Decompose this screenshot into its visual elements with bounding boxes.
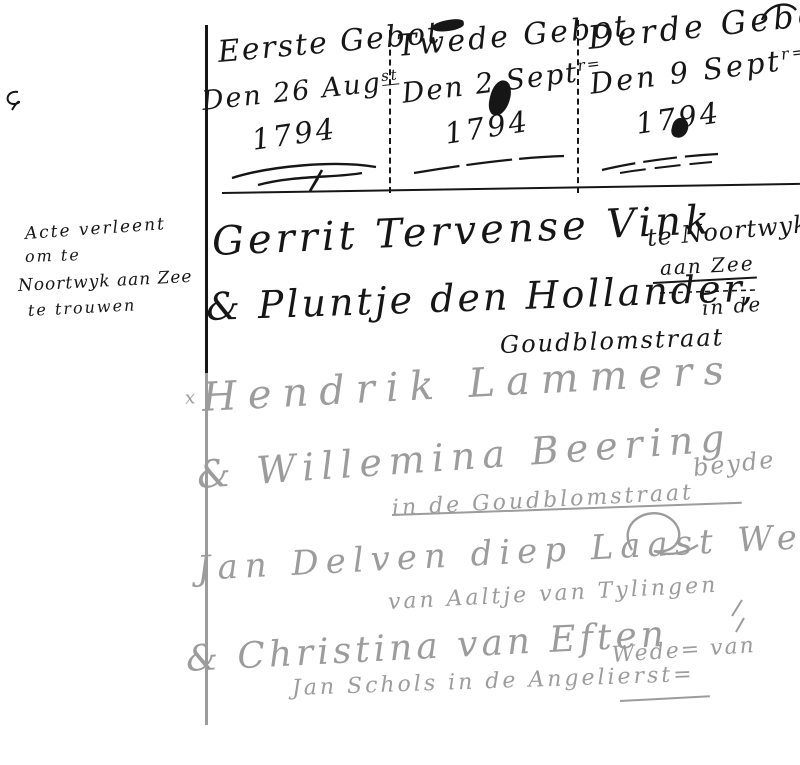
year-flourish-2 xyxy=(412,153,567,175)
faded-slash-marks xyxy=(728,598,748,634)
margin-note-line-4: te trouwen xyxy=(28,297,137,319)
year-flourish-3 xyxy=(600,146,720,174)
faded-entry-3-residence: van Aaltje van Tylingen xyxy=(387,575,718,614)
year-flourish-1 xyxy=(230,158,380,192)
banns-year-2: 1794 xyxy=(443,107,532,149)
margin-note-line-1: Acte verleent xyxy=(24,216,166,243)
faded-entry-4-underline xyxy=(620,695,710,702)
banns-date-1-text: Den 26 Aug xyxy=(200,67,383,117)
corner-flourish xyxy=(758,0,798,22)
groom-name: Gerrit Tervense Vink xyxy=(211,200,714,262)
margin-note-line-2: om te xyxy=(25,247,81,265)
bride-name: & Pluntje den Hollander, xyxy=(205,269,756,326)
bride-residence-1: in de xyxy=(701,294,763,318)
faded-entry-2-note: beyde xyxy=(692,447,777,480)
margin-note-line-3: Noortwyk aan Zee xyxy=(18,269,193,295)
banns-year-1: 1794 xyxy=(250,114,339,155)
banns-date-3-sup: r= xyxy=(780,42,800,64)
banns-date-1: Den 26 Augst xyxy=(201,67,401,115)
faded-entry-1-name: Hendrik Lammers xyxy=(201,350,736,418)
margin-flourish xyxy=(2,88,24,114)
faded-entry-1-mark: x xyxy=(184,389,196,408)
banns-date-1-sup: st xyxy=(380,65,399,86)
register-page: Eerste Gebot Den 26 Augst 1794 Twede Geb… xyxy=(0,0,800,765)
